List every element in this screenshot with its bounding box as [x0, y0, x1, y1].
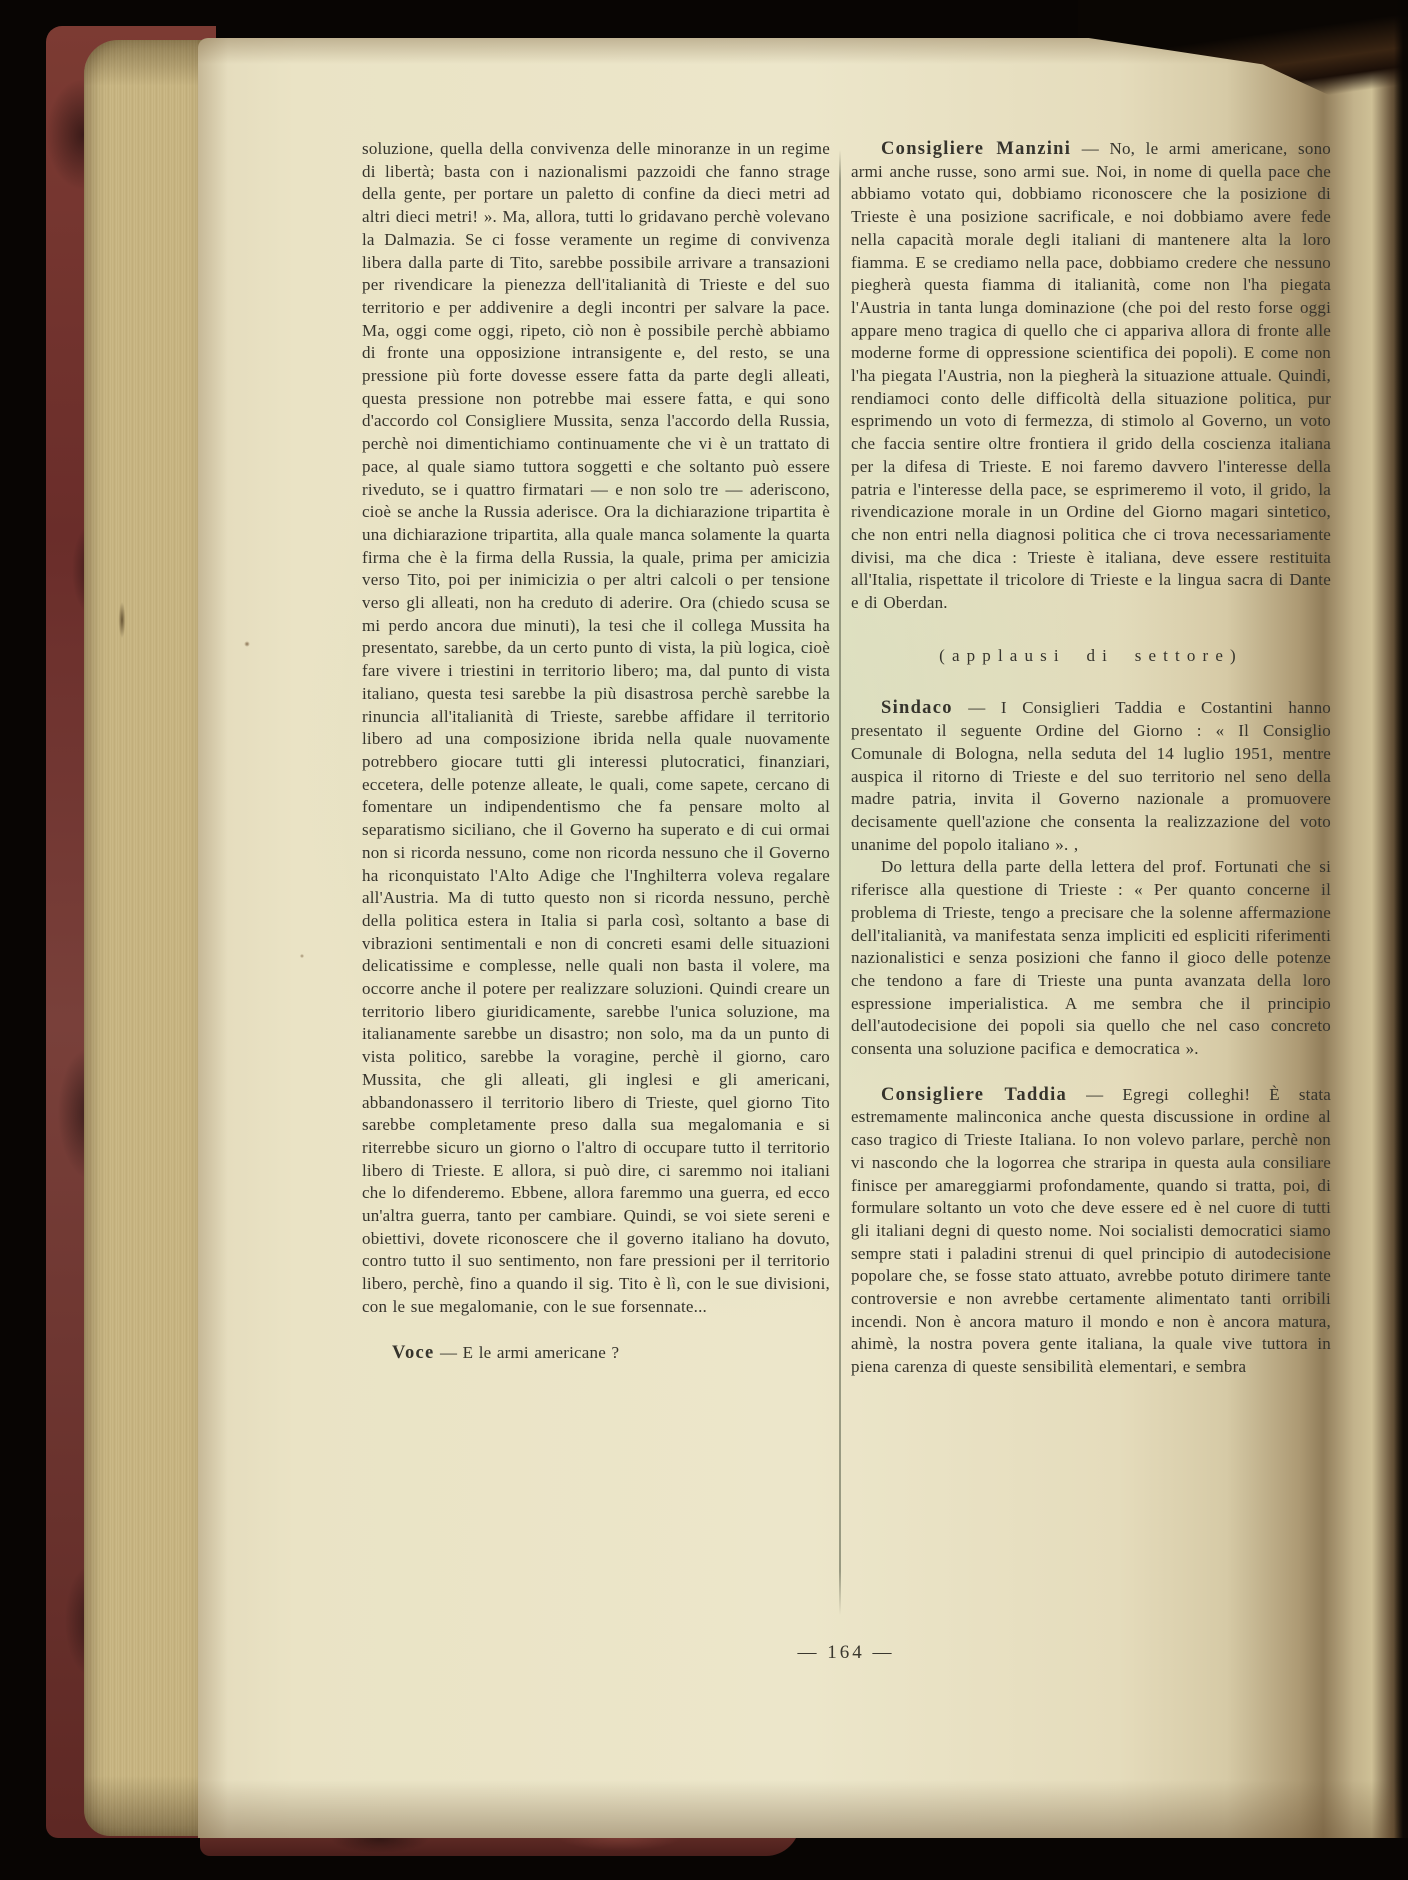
paragraph: soluzione, quella della convivenza delle… — [362, 138, 830, 1319]
text-column-left: soluzione, quella della convivenza delle… — [362, 138, 830, 1364]
paragraph: Consigliere Manzini — No, le armi americ… — [851, 138, 1331, 615]
paragraph: Voce — E le armi americane ? — [362, 1342, 830, 1365]
book-photo: soluzione, quella della convivenza delle… — [0, 0, 1408, 1880]
paragraph: Do lettura della parte della lettera del… — [851, 856, 1331, 1060]
column-divider-rule — [839, 150, 841, 1615]
speaker-name: Voce — [392, 1343, 435, 1363]
text-column-right: Consigliere Manzini — No, le armi americ… — [851, 138, 1331, 1379]
paragraph: Sindaco — I Consiglieri Taddia e Costant… — [851, 697, 1331, 856]
printed-text-layer: soluzione, quella della convivenza delle… — [0, 0, 1408, 1880]
speaker-name: Consigliere Taddia — [881, 1085, 1067, 1105]
stage-direction: (applausi di settore) — [851, 645, 1331, 668]
paragraph: Consigliere Taddia — Egregi colleghi! È … — [851, 1084, 1331, 1379]
speaker-name: Consigliere Manzini — [881, 139, 1071, 159]
speaker-name: Sindaco — [881, 698, 953, 718]
page-number: — 164 — — [798, 1642, 895, 1664]
